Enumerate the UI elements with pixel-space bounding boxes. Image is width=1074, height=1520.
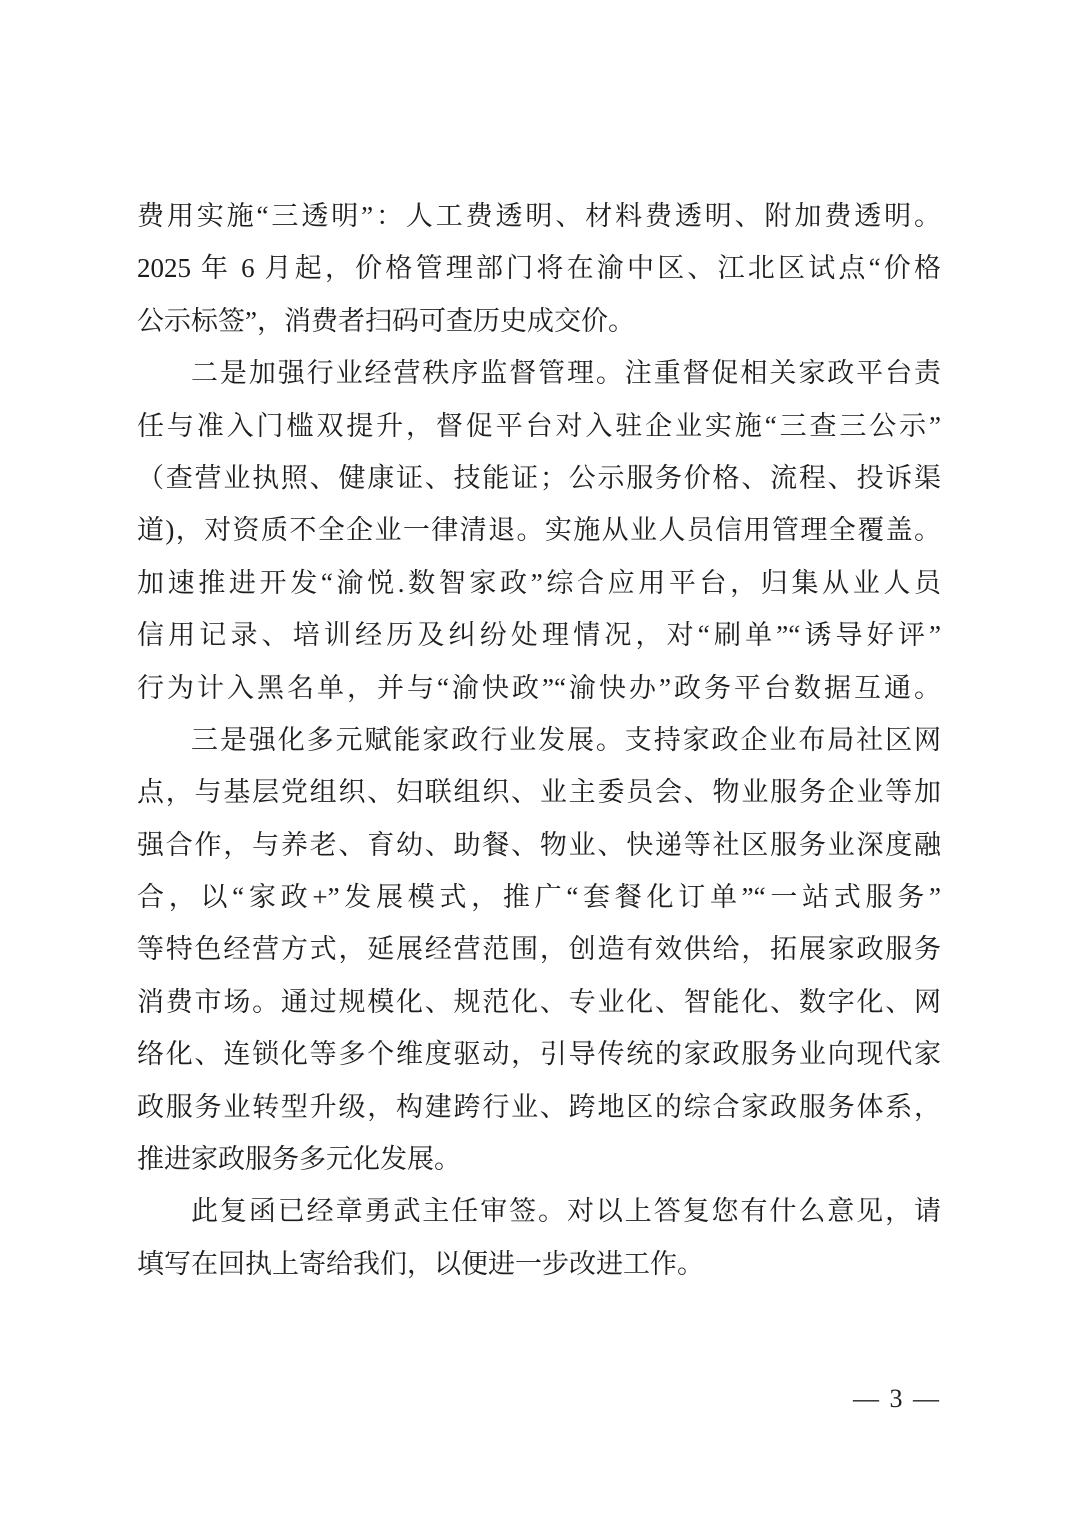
text-line: 二是加强行业经营秩序监督管理。注重督促相关家政平台责: [137, 347, 941, 399]
document-page: 费用实施“三透明”：人工费透明、材料费透明、附加费透明。2025 年 6 月起，…: [0, 0, 1074, 1520]
text-line: 加速推进开发“渝悦.数智家政”综合应用平台，归集从业人员: [137, 557, 941, 609]
text-line: 络化、连锁化等多个维度驱动，引导传统的家政服务业向现代家: [137, 1028, 941, 1080]
text-block: 费用实施“三透明”：人工费透明、材料费透明、附加费透明。2025 年 6 月起，…: [137, 190, 941, 1290]
text-line: 合，以“家政+”发展模式，推广“套餐化订单”“一站式服务”: [137, 871, 941, 923]
text-line: 填写在回执上寄给我们，以便进一步改进工作。: [137, 1238, 941, 1290]
text-line: 任与准入门槛双提升，督促平台对入驻企业实施“三查三公示”: [137, 400, 941, 452]
text-line: （查营业执照、健康证、技能证；公示服务价格、流程、投诉渠: [137, 452, 941, 504]
page-number: — 3 —: [853, 1383, 941, 1415]
text-line: 点，与基层党组织、妇联组织、业主委员会、物业服务企业等加: [137, 766, 941, 818]
text-line: 推进家政服务多元化发展。: [137, 1133, 941, 1185]
text-line: 此复函已经章勇武主任审签。对以上答复您有什么意见，请: [137, 1185, 941, 1237]
text-line: 等特色经营方式，延展经营范围，创造有效供给，拓展家政服务: [137, 923, 941, 975]
text-line: 消费市场。通过规模化、规范化、专业化、智能化、数字化、网: [137, 976, 941, 1028]
text-line: 2025 年 6 月起，价格管理部门将在渝中区、江北区试点“价格: [137, 242, 941, 294]
text-line: 道)，对资质不全企业一律清退。实施从业人员信用管理全覆盖。: [137, 504, 941, 556]
text-line: 费用实施“三透明”：人工费透明、材料费透明、附加费透明。: [137, 190, 941, 242]
text-line: 强合作，与养老、育幼、助餐、物业、快递等社区服务业深度融: [137, 819, 941, 871]
text-line: 政服务业转型升级，构建跨行业、跨地区的综合家政服务体系，: [137, 1081, 941, 1133]
text-line: 公示标签”，消费者扫码可查历史成交价。: [137, 295, 941, 347]
text-line: 三是强化多元赋能家政行业发展。支持家政企业布局社区网: [137, 714, 941, 766]
text-line: 信用记录、培训经历及纠纷处理情况，对“刷单”“诱导好评”: [137, 609, 941, 661]
text-line: 行为计入黑名单，并与“渝快政”“渝快办”政务平台数据互通。: [137, 662, 941, 714]
